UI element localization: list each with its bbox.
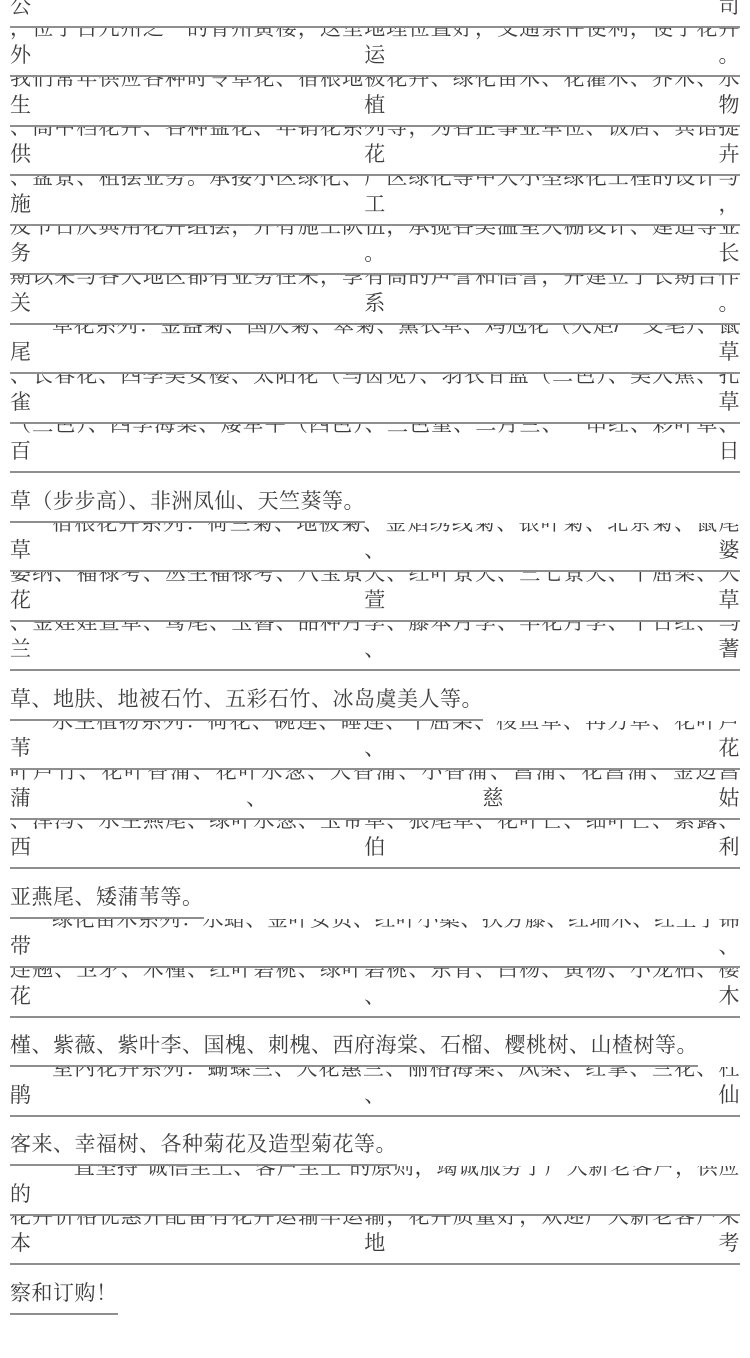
text-line-content: 草花系列：金盏菊、国庆菊、翠菊、薰衣草、鸡冠花（火炬/一支笔）、鼠尾草 xyxy=(10,325,740,375)
paragraph: 绿化苗木系列：水蜡、金叶女贞、红叶小蘖、扶芳藤、红瑞木、红王子锦带、连翘、卫矛、… xyxy=(0,919,750,1068)
text-line-content: 宿根花卉系列：荷兰菊、地被菊、金焰绣线菊、银叶菊、北京菊、鼠尾草、婆 xyxy=(10,523,740,573)
text-line: 我们常年供应各种时令草花、宿根地被花卉、绿化苗木、花灌木、乔木、水生植物 xyxy=(10,77,740,127)
text-line-content: 草、地肤、地被石竹、五彩石竹、冰岛虞美人等。 xyxy=(10,686,483,721)
text-line: 连翘、卫矛、木槿、红叶碧桃、绿叶碧桃、东青、白杨、黄杨、小龙柏、樱花、木 xyxy=(10,968,740,1018)
text-line-content: 连翘、卫矛、木槿、红叶碧桃、绿叶碧桃、东青、白杨、黄杨、小龙柏、樱花、木 xyxy=(10,968,740,1018)
text-line-content: 察和订购！ xyxy=(10,1280,118,1315)
text-line-content: 槿、紫薇、紫叶李、国槐、刺槐、西府海棠、石榴、樱桃树、山楂树等。 xyxy=(10,1032,698,1067)
text-line-content: 、盆景、租摆业务。承接小区绿化、厂区绿化等中大小型绿化工程的设计与施工， xyxy=(10,176,740,226)
text-line-content: （三色）、四季海棠、矮牵牛（四色）、三色堇、二月兰、一串红、彩叶草、百日 xyxy=(10,424,740,474)
text-line: 客来、幸福树、各种菊花及造型菊花等。 xyxy=(10,1117,740,1167)
text-line: 、长春花、四季美女樱、太阳花（马齿苋）、羽衣甘蓝（二色）、美人蕉、孔雀草 xyxy=(10,374,740,424)
paragraph: 宿根花卉系列：荷兰菊、地被菊、金焰绣线菊、银叶菊、北京菊、鼠尾草、婆婆纳、福禄考… xyxy=(0,523,750,721)
paragraph: 青州鑫发花卉苗木有限公司是集花卉种植、销售、运输于一体的花卉苗木公司，位于古九州… xyxy=(0,0,750,325)
text-line-content: 一直坚持“诚信至上、客户至上”的原则，竭诚服务于广大新老客户，供应的 xyxy=(10,1166,740,1216)
text-line: 室内花卉系列：蝴蝶兰、大花蕙兰、丽格海棠、凤梨、红掌、兰花、杜鹃、仙 xyxy=(10,1067,740,1117)
text-line: 花卉价格优惠并配备有花卉运输车运输，花卉质量好，欢迎广大新老客户来本地考 xyxy=(10,1216,740,1266)
text-line: 草（步步高）、非洲凤仙、天竺葵等。 xyxy=(10,473,740,523)
text-line-content: 青州鑫发花卉苗木有限公司是集花卉种植、销售、运输于一体的花卉苗木公司 xyxy=(10,0,740,28)
text-line-content: 客来、幸福树、各种菊花及造型菊花等。 xyxy=(10,1131,397,1166)
text-line-content: 绿化苗木系列：水蜡、金叶女贞、红叶小蘖、扶芳藤、红瑞木、红王子锦带、 xyxy=(10,919,740,969)
text-line: 、泽泻、水生燕尾、绿叶水葱、玉带草、狼尾草、花叶芒、细叶芒、紫露、西伯利 xyxy=(10,820,740,870)
text-line-content: 亚燕尾、矮蒲苇等。 xyxy=(10,884,204,919)
text-line: （三色）、四季海棠、矮牵牛（四色）、三色堇、二月兰、一串红、彩叶草、百日 xyxy=(10,424,740,474)
text-line: 槿、紫薇、紫叶李、国槐、刺槐、西府海棠、石榴、樱桃树、山楂树等。 xyxy=(10,1018,740,1068)
text-line: 、高中档花卉、各种盆花、年销花系列等，为各企事业单位、饭店、宾馆提供花卉 xyxy=(10,127,740,177)
text-line: 婆纳、福禄考、丛生福禄考、八宝景天、红叶景天、三七景天、千屈菜、大花萱草 xyxy=(10,572,740,622)
text-line: 叶芦竹、花叶香蒲、花叶水葱、大香蒲、小香蒲、菖蒲、花菖蒲、金边菖蒲、慈姑 xyxy=(10,770,740,820)
text-line-content: 期以来与各大地区都有业务往来，享有高的声誉和信誉，并建立了长期合作关系。 xyxy=(10,275,740,325)
paragraph: 水生植物系列：荷花、碗莲、睡莲、千屈菜、梭鱼草、再力草、花叶芦苇、花叶芦竹、花叶… xyxy=(0,721,750,919)
text-line-content: 及节日庆典用花卉组摆，并有施工队伍，承揽各类温室大棚设计、建造等业务。长 xyxy=(10,226,740,276)
text-line: 期以来与各大地区都有业务往来，享有高的声誉和信誉，并建立了长期合作关系。 xyxy=(10,275,740,325)
text-line-content: 、金娃娃萱草、鸢尾、玉簪、品种月季、藤本月季、丰花月季、千日红、马兰、蓍 xyxy=(10,622,740,672)
text-line: 青州鑫发花卉苗木有限公司是集花卉种植、销售、运输于一体的花卉苗木公司 xyxy=(10,0,740,28)
text-line: 草、地肤、地被石竹、五彩石竹、冰岛虞美人等。 xyxy=(10,671,740,721)
article-body: 青州鑫发花卉苗木有限公司是集花卉种植、销售、运输于一体的花卉苗木公司，位于古九州… xyxy=(0,0,750,1315)
text-line: 草花系列：金盏菊、国庆菊、翠菊、薰衣草、鸡冠花（火炬/一支笔）、鼠尾草 xyxy=(10,325,740,375)
text-line-content: 、长春花、四季美女樱、太阳花（马齿苋）、羽衣甘蓝（二色）、美人蕉、孔雀草 xyxy=(10,374,740,424)
paragraph: 室内花卉系列：蝴蝶兰、大花蕙兰、丽格海棠、凤梨、红掌、兰花、杜鹃、仙客来、幸福树… xyxy=(0,1067,750,1166)
text-line-content: 、高中档花卉、各种盆花、年销花系列等，为各企事业单位、饭店、宾馆提供花卉 xyxy=(10,127,740,177)
text-line: 察和订购！ xyxy=(10,1265,740,1315)
text-line-content: 叶芦竹、花叶香蒲、花叶水葱、大香蒲、小香蒲、菖蒲、花菖蒲、金边菖蒲、慈姑 xyxy=(10,770,740,820)
text-line-content: 草（步步高）、非洲凤仙、天竺葵等。 xyxy=(10,488,365,523)
text-line-content: 水生植物系列：荷花、碗莲、睡莲、千屈菜、梭鱼草、再力草、花叶芦苇、花 xyxy=(10,721,740,771)
text-line: 亚燕尾、矮蒲苇等。 xyxy=(10,869,740,919)
text-line: 水生植物系列：荷花、碗莲、睡莲、千屈菜、梭鱼草、再力草、花叶芦苇、花 xyxy=(10,721,740,771)
text-line: 一直坚持“诚信至上、客户至上”的原则，竭诚服务于广大新老客户，供应的 xyxy=(10,1166,740,1216)
text-line: 绿化苗木系列：水蜡、金叶女贞、红叶小蘖、扶芳藤、红瑞木、红王子锦带、 xyxy=(10,919,740,969)
text-line-content: 、泽泻、水生燕尾、绿叶水葱、玉带草、狼尾草、花叶芒、细叶芒、紫露、西伯利 xyxy=(10,820,740,870)
text-line: 、金娃娃萱草、鸢尾、玉簪、品种月季、藤本月季、丰花月季、千日红、马兰、蓍 xyxy=(10,622,740,672)
text-line-content: 婆纳、福禄考、丛生福禄考、八宝景天、红叶景天、三七景天、千屈菜、大花萱草 xyxy=(10,572,740,622)
paragraph: 一直坚持“诚信至上、客户至上”的原则，竭诚服务于广大新老客户，供应的花卉价格优惠… xyxy=(0,1166,750,1315)
text-line: 、盆景、租摆业务。承接小区绿化、厂区绿化等中大小型绿化工程的设计与施工， xyxy=(10,176,740,226)
text-line-content: 室内花卉系列：蝴蝶兰、大花蕙兰、丽格海棠、凤梨、红掌、兰花、杜鹃、仙 xyxy=(10,1067,740,1117)
paragraph: 草花系列：金盏菊、国庆菊、翠菊、薰衣草、鸡冠花（火炬/一支笔）、鼠尾草、长春花、… xyxy=(0,325,750,523)
text-line: 及节日庆典用花卉组摆，并有施工队伍，承揽各类温室大棚设计、建造等业务。长 xyxy=(10,226,740,276)
text-line-content: 花卉价格优惠并配备有花卉运输车运输，花卉质量好，欢迎广大新老客户来本地考 xyxy=(10,1216,740,1266)
text-line-content: 我们常年供应各种时令草花、宿根地被花卉、绿化苗木、花灌木、乔木、水生植物 xyxy=(10,77,740,127)
text-line: ，位于古九州之一的青州黄楼，这里地理位置好，交通条件便利，便于花卉外运。 xyxy=(10,28,740,78)
text-line-content: ，位于古九州之一的青州黄楼，这里地理位置好，交通条件便利，便于花卉外运。 xyxy=(10,28,740,78)
text-line: 宿根花卉系列：荷兰菊、地被菊、金焰绣线菊、银叶菊、北京菊、鼠尾草、婆 xyxy=(10,523,740,573)
